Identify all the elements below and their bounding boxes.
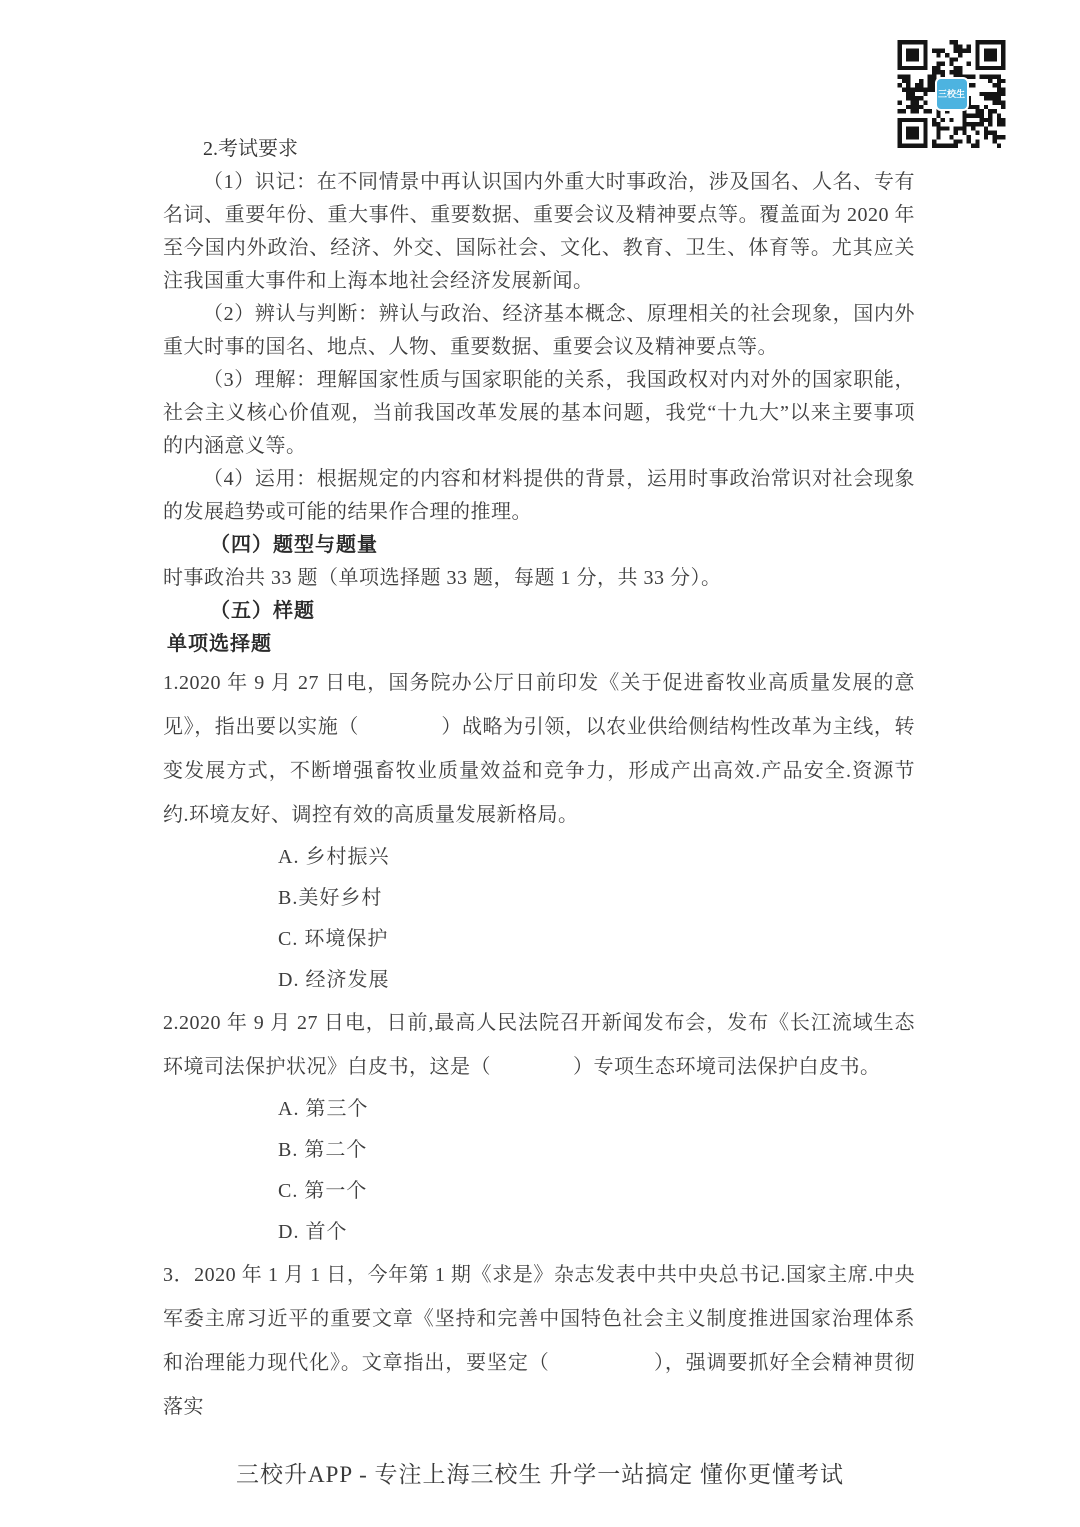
option-a: A. 第三个 [278, 1089, 915, 1130]
question-1-stem: 1.2020 年 9 月 27 日电，国务院办公厅日前印发《关于促进畜牧业高质量… [163, 661, 915, 837]
question-2-stem: 2.2020 年 9 月 27 日电，日前,最高人民法院召开新闻发布会，发布《长… [163, 1001, 915, 1089]
qr-center-logo: 三校生 [935, 77, 969, 111]
option-c: C. 第一个 [278, 1171, 915, 1212]
requirement-item-4: （4）运用：根据规定的内容和材料提供的背景，运用时事政治常识对社会现象的发展趋势… [163, 463, 915, 529]
qr-code: 三校生 [896, 40, 1007, 148]
question-count-line: 时事政治共 33 题（单项选择题 33 题，每题 1 分，共 33 分）。 [163, 562, 915, 595]
option-d: D. 首个 [278, 1212, 915, 1253]
option-d: D. 经济发展 [278, 960, 915, 1001]
app-promo-footer: 三校升APP - 专注上海三校生 升学一站搞定 懂你更懂考试 [0, 1456, 1080, 1489]
question-1: 1.2020 年 9 月 27 日电，国务院办公厅日前印发《关于促进畜牧业高质量… [163, 661, 915, 1001]
question-2: 2.2020 年 9 月 27 日电，日前,最高人民法院召开新闻发布会，发布《长… [163, 1001, 915, 1253]
option-c: C. 环境保护 [278, 919, 915, 960]
question-3-stem: 3．2020 年 1 月 1 日，今年第 1 期《求是》杂志发表中共中央总书记.… [163, 1253, 915, 1429]
question-1-options: A. 乡村振兴 B.美好乡村 C. 环境保护 D. 经济发展 [278, 837, 915, 1001]
single-choice-label: 单项选择题 [163, 628, 915, 661]
option-b: B. 第二个 [278, 1130, 915, 1171]
section-question-types-title: （四）题型与题量 [163, 529, 915, 562]
requirement-item-3: （3）理解：理解国家性质与国家职能的关系，我国政权对内对外的国家职能，社会主义核… [163, 364, 915, 463]
question-2-options: A. 第三个 B. 第二个 C. 第一个 D. 首个 [278, 1089, 915, 1253]
section-exam-requirements-title: 2.考试要求 [163, 133, 915, 166]
question-3: 3．2020 年 1 月 1 日，今年第 1 期《求是》杂志发表中共中央总书记.… [163, 1253, 915, 1429]
qr-logo-text: 三校生 [938, 89, 965, 99]
requirement-item-1: （1）识记：在不同情景中再认识国内外重大时事政治，涉及国名、人名、专有名词、重要… [163, 166, 915, 298]
option-b: B.美好乡村 [278, 878, 915, 919]
option-a: A. 乡村振兴 [278, 837, 915, 878]
document-body: 2.考试要求 （1）识记：在不同情景中再认识国内外重大时事政治，涉及国名、人名、… [163, 133, 915, 1429]
section-sample-questions-title: （五）样题 [163, 595, 915, 628]
requirement-item-2: （2）辨认与判断：辨认与政治、经济基本概念、原理相关的社会现象，国内外重大时事的… [163, 298, 915, 364]
